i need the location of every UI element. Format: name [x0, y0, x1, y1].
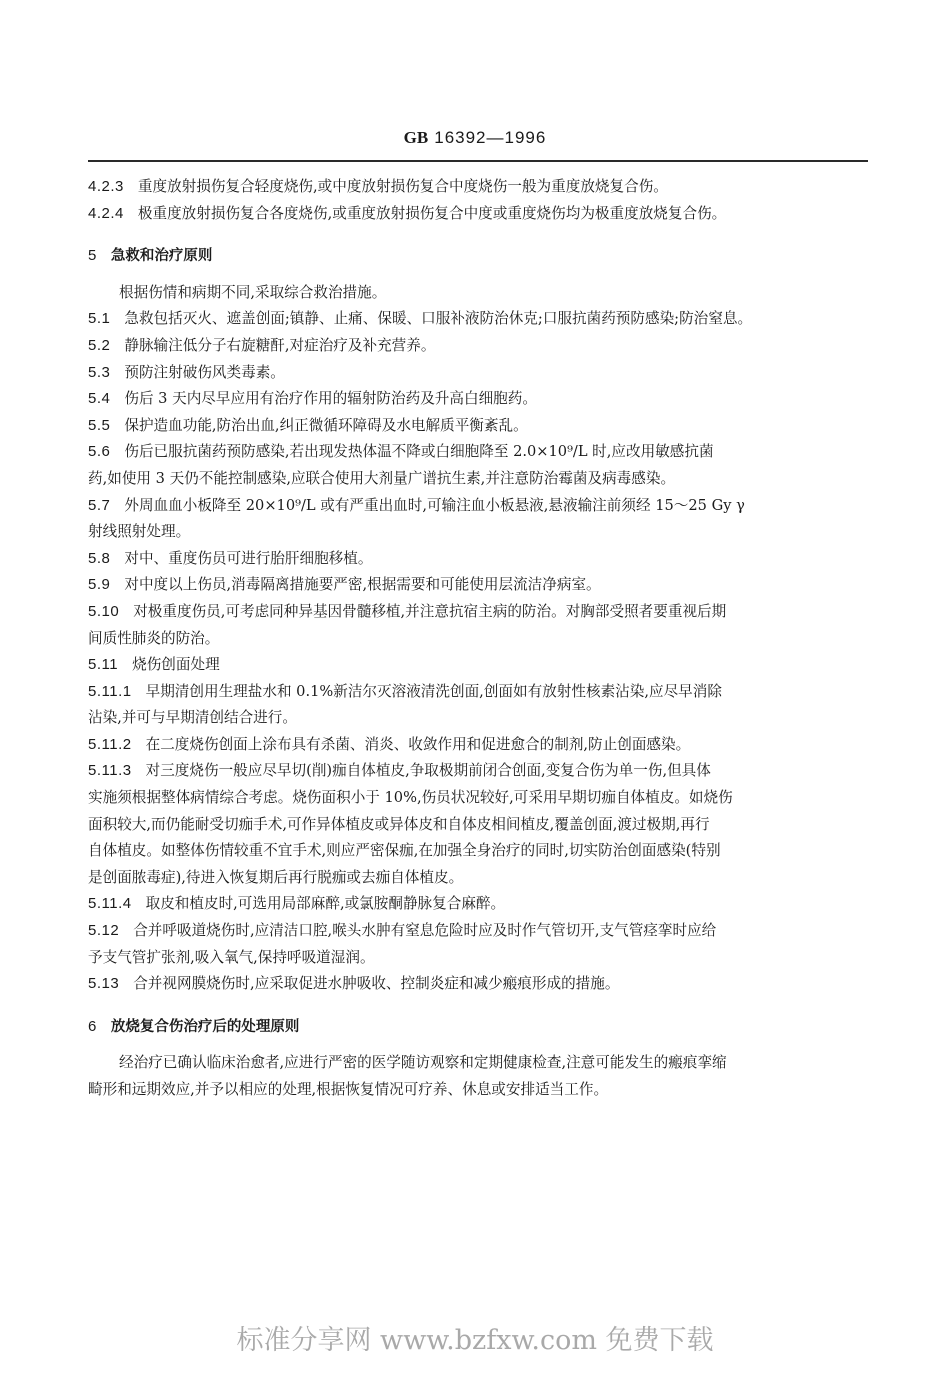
clause-text: 外周血血小板降至 20×10⁹/L 或有严重出血时,可输注血小板悬液,悬液输注前… — [124, 497, 744, 514]
clause-text: 合并视网膜烧伤时,应采取促进水肿吸收、控制炎症和减少瘢痕形成的措施。 — [133, 975, 619, 992]
section-title: 放烧复合伤治疗后的处理原则 — [111, 1019, 300, 1035]
clause-5-9: 5.9对中度以上伤员,消毒隔离措施要严密,根据需要和可能使用层流洁净病室。 — [88, 572, 874, 599]
clause-5-6-cont: 药,如使用 3 天仍不能控制感染,应联合使用大剂量广谱抗生素,并注意防治霉菌及病… — [88, 466, 874, 493]
clause-number: 5.11.1 — [88, 679, 132, 706]
clause-5-6: 5.6伤后已服抗菌药预防感染,若出现发热体温不降或白细胞降至 2.0×10⁹/L… — [88, 439, 874, 466]
clause-5-13: 5.13合并视网膜烧伤时,应采取促进水肿吸收、控制炎症和减少瘢痕形成的措施。 — [88, 971, 874, 998]
clause-number: 5.13 — [88, 971, 119, 998]
clause-text: 对三度烧伤一般应尽早切(削)痂自体植皮,争取极期前闭合创面,变复合伤为单一伤,但… — [146, 762, 711, 779]
watermark-text: 标准分享网 www.bzfxw.com 免费下载 — [0, 1318, 950, 1357]
section-6-paragraph-cont: 畸形和远期效应,并予以相应的处理,根据恢复情况可疗养、休息或安排适当工作。 — [88, 1077, 874, 1104]
clause-5-2: 5.2静脉输注低分子右旋糖酐,对症治疗及补充营养。 — [88, 333, 874, 360]
clause-text: 早期清创用生理盐水和 0.1%新洁尔灭溶液清洗创面,创面如有放射性核素沾染,应尽… — [146, 683, 722, 700]
clause-5-11-1-cont: 沾染,并可与早期清创结合进行。 — [88, 705, 874, 732]
clause-5-11-2: 5.11.2在二度烧伤创面上涂布具有杀菌、消炎、收敛作用和促进愈合的制剂,防止创… — [88, 732, 874, 759]
clause-5-11: 5.11烧伤创面处理 — [88, 652, 874, 679]
clause-number: 4.2.4 — [88, 201, 124, 228]
clause-number: 5.12 — [88, 918, 119, 945]
clause-5-12-cont: 予支气管扩张剂,吸入氧气,保持呼吸道湿润。 — [88, 945, 874, 972]
clause-4-2-3: 4.2.3重度放射损伤复合轻度烧伤,或中度放射损伤复合中度烧伤一般为重度放烧复合… — [88, 174, 874, 201]
clause-5-11-4: 5.11.4取皮和植皮时,可选用局部麻醉,或氯胺酮静脉复合麻醉。 — [88, 891, 874, 918]
clause-5-1: 5.1急救包括灭火、遮盖创面;镇静、止痛、保暖、口服补液防治休克;口服抗菌药预防… — [88, 306, 874, 333]
clause-number: 5.11.3 — [88, 758, 132, 785]
clause-text: 合并呼吸道烧伤时,应清洁口腔,喉头水肿有窒息危险时应及时作气管切开,支气管痉挛时… — [133, 922, 716, 939]
clause-5-4: 5.4伤后 3 天内尽早应用有治疗作用的辐射防治药及升高白细胞药。 — [88, 386, 874, 413]
clause-text: 重度放射损伤复合轻度烧伤,或中度放射损伤复合中度烧伤一般为重度放烧复合伤。 — [138, 178, 668, 195]
clause-text: 急救包括灭火、遮盖创面;镇静、止痛、保暖、口服补液防治休克;口服抗菌药预防感染;… — [124, 310, 752, 327]
clause-text: 在二度烧伤创面上涂布具有杀菌、消炎、收敛作用和促进愈合的制剂,防止创面感染。 — [146, 736, 691, 753]
section-heading-6: 6放烧复合伤治疗后的处理原则 — [88, 1014, 874, 1041]
clause-text: 保护造血功能,防治出血,纠正微循环障碍及水电解质平衡紊乱。 — [124, 417, 527, 434]
clause-number: 5.1 — [88, 306, 110, 333]
clause-number: 5.4 — [88, 386, 110, 413]
clause-5-5: 5.5保护造血功能,防治出血,纠正微循环障碍及水电解质平衡紊乱。 — [88, 413, 874, 440]
standard-prefix: GB — [404, 128, 429, 147]
clause-number: 5.3 — [88, 360, 110, 387]
section-number: 5 — [88, 243, 97, 270]
clause-text: 对极重度伤员,可考虑同种异基因骨髓移植,并注意抗宿主病的防治。对胸部受照者要重视… — [133, 603, 726, 620]
section-title: 急救和治疗原则 — [111, 248, 213, 264]
clause-text: 对中、重度伤员可进行胎肝细胞移植。 — [124, 550, 372, 567]
clause-text: 预防注射破伤风类毒素。 — [124, 364, 285, 381]
clause-number: 5.11 — [88, 652, 118, 679]
clause-number: 5.6 — [88, 439, 110, 466]
clause-text: 伤后已服抗菌药预防感染,若出现发热体温不降或白细胞降至 2.0×10⁹/L 时,… — [124, 443, 713, 460]
document-header: GB16392—1996 — [0, 128, 950, 148]
clause-5-11-3: 5.11.3对三度烧伤一般应尽早切(削)痂自体植皮,争取极期前闭合创面,变复合伤… — [88, 758, 874, 785]
clause-text: 取皮和植皮时,可选用局部麻醉,或氯胺酮静脉复合麻醉。 — [146, 895, 506, 912]
clause-number: 5.2 — [88, 333, 110, 360]
clause-text: 伤后 3 天内尽早应用有治疗作用的辐射防治药及升高白细胞药。 — [124, 390, 537, 407]
clause-number: 4.2.3 — [88, 174, 124, 201]
section-heading-5: 5急救和治疗原则 — [88, 243, 874, 270]
section-intro: 根据伤情和病期不同,采取综合救治措施。 — [88, 280, 874, 307]
clause-4-2-4: 4.2.4极重度放射损伤复合各度烧伤,或重度放射损伤复合中度或重度烧伤均为极重度… — [88, 201, 874, 228]
clause-number: 5.8 — [88, 546, 110, 573]
clause-5-3: 5.3预防注射破伤风类毒素。 — [88, 360, 874, 387]
clause-5-11-3-cont: 自体植皮。如整体伤情较重不宜手术,则应严密保痂,在加强全身治疗的同时,切实防治创… — [88, 838, 874, 865]
clause-number: 5.5 — [88, 413, 110, 440]
clause-5-10-cont: 间质性肺炎的防治。 — [88, 626, 874, 653]
clause-5-11-3-cont: 面积较大,而仍能耐受切痂手术,可作异体植皮或异体皮和自体皮相间植皮,覆盖创面,渡… — [88, 812, 874, 839]
clause-number: 5.11.4 — [88, 891, 132, 918]
clause-text: 对中度以上伤员,消毒隔离措施要严密,根据需要和可能使用层流洁净病室。 — [124, 576, 600, 593]
clause-5-11-3-cont: 是创面脓毒症),待进入恢复期后再行脱痂或去痂自体植皮。 — [88, 865, 874, 892]
section-number: 6 — [88, 1014, 97, 1041]
standard-code: 16392—1996 — [434, 128, 546, 147]
clause-5-7: 5.7外周血血小板降至 20×10⁹/L 或有严重出血时,可输注血小板悬液,悬液… — [88, 493, 874, 520]
clause-5-11-1: 5.11.1早期清创用生理盐水和 0.1%新洁尔灭溶液清洗创面,创面如有放射性核… — [88, 679, 874, 706]
clause-5-11-3-cont: 实施须根据整体病情综合考虑。烧伤面积小于 10%,伤员状况较好,可采用早期切痂自… — [88, 785, 874, 812]
document-body: 4.2.3重度放射损伤复合轻度烧伤,或中度放射损伤复合中度烧伤一般为重度放烧复合… — [88, 174, 874, 1104]
clause-text: 烧伤创面处理 — [132, 656, 220, 673]
section-6-paragraph: 经治疗已确认临床治愈者,应进行严密的医学随访观察和定期健康检查,注意可能发生的瘢… — [88, 1050, 874, 1077]
clause-5-8: 5.8对中、重度伤员可进行胎肝细胞移植。 — [88, 546, 874, 573]
header-rule — [88, 160, 868, 162]
clause-text: 静脉输注低分子右旋糖酐,对症治疗及补充营养。 — [124, 337, 435, 354]
clause-number: 5.10 — [88, 599, 119, 626]
clause-number: 5.7 — [88, 493, 110, 520]
clause-5-12: 5.12合并呼吸道烧伤时,应清洁口腔,喉头水肿有窒息危险时应及时作气管切开,支气… — [88, 918, 874, 945]
clause-5-7-cont: 射线照射处理。 — [88, 519, 874, 546]
clause-text: 极重度放射损伤复合各度烧伤,或重度放射损伤复合中度或重度烧伤均为极重度放烧复合伤… — [138, 205, 726, 222]
clause-number: 5.11.2 — [88, 732, 132, 759]
clause-5-10: 5.10对极重度伤员,可考虑同种异基因骨髓移植,并注意抗宿主病的防治。对胸部受照… — [88, 599, 874, 626]
clause-number: 5.9 — [88, 572, 110, 599]
